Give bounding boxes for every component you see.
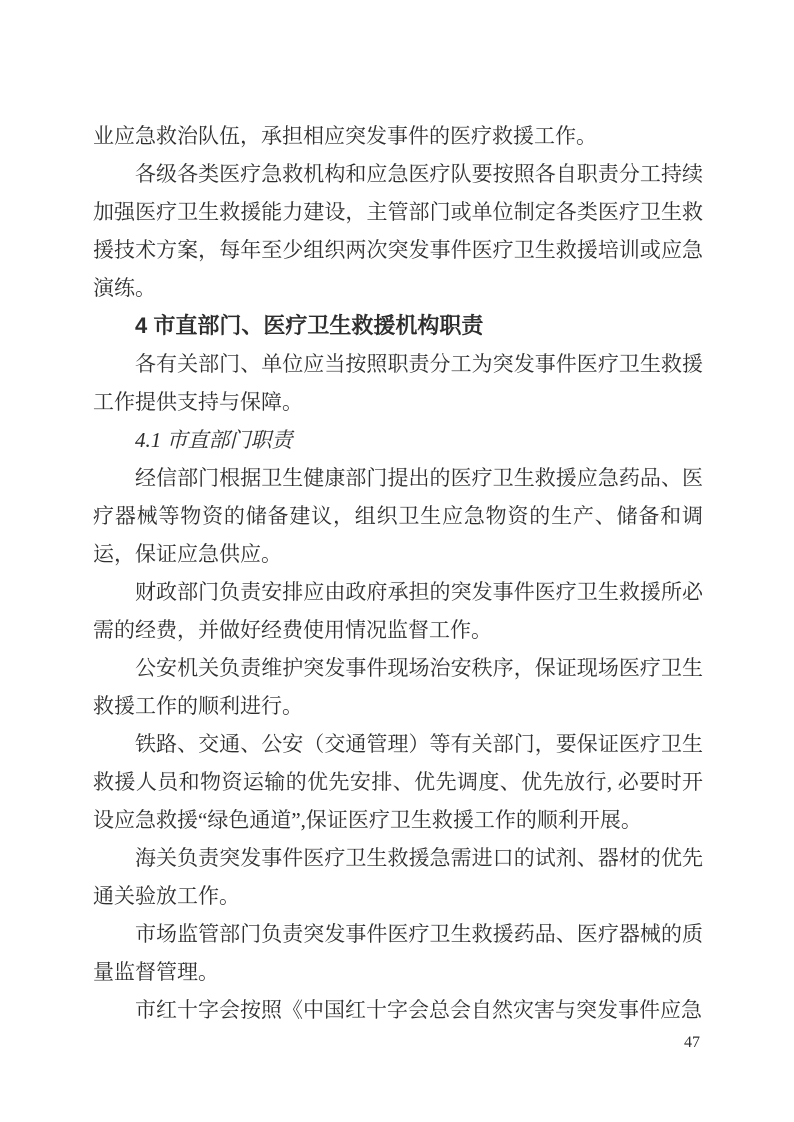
paragraph: 市红十字会按照《中国红十字会总会自然灾害与突发事件应急	[93, 991, 703, 1029]
subsection-heading: 4.1 市直部门职责	[93, 421, 703, 459]
paragraph: 公安机关负责维护突发事件现场治安秩序，保证现场医疗卫生救援工作的顺利进行。	[93, 649, 703, 725]
page-number: 47	[684, 1033, 700, 1052]
paragraph: 经信部门根据卫生健康部门提出的医疗卫生救援应急药品、医疗器械等物资的储备建议，组…	[93, 459, 703, 573]
paragraph: 市场监管部门负责突发事件医疗卫生救援药品、医疗器械的质量监督管理。	[93, 915, 703, 991]
paragraph: 海关负责突发事件医疗卫生救援急需进口的试剂、器材的优先通关验放工作。	[93, 839, 703, 915]
section-heading: 4 市直部门、医疗卫生救援机构职责	[93, 307, 703, 345]
document-content: 业应急救治队伍，承担相应突发事件的医疗救援工作。各级各类医疗急救机构和应急医疗队…	[93, 117, 703, 1029]
paragraph: 铁路、交通、公安（交通管理）等有关部门，要保证医疗卫生救援人员和物资运输的优先安…	[93, 725, 703, 839]
document-page: 业应急救治队伍，承担相应突发事件的医疗救援工作。各级各类医疗急救机构和应急医疗队…	[0, 0, 794, 1122]
paragraph: 各有关部门、单位应当按照职责分工为突发事件医疗卫生救援工作提供支持与保障。	[93, 345, 703, 421]
paragraph: 各级各类医疗急救机构和应急医疗队要按照各自职责分工持续加强医疗卫生救援能力建设，…	[93, 155, 703, 307]
paragraph-continued: 业应急救治队伍，承担相应突发事件的医疗救援工作。	[93, 117, 703, 155]
paragraph: 财政部门负责安排应由政府承担的突发事件医疗卫生救援所必需的经费，并做好经费使用情…	[93, 573, 703, 649]
